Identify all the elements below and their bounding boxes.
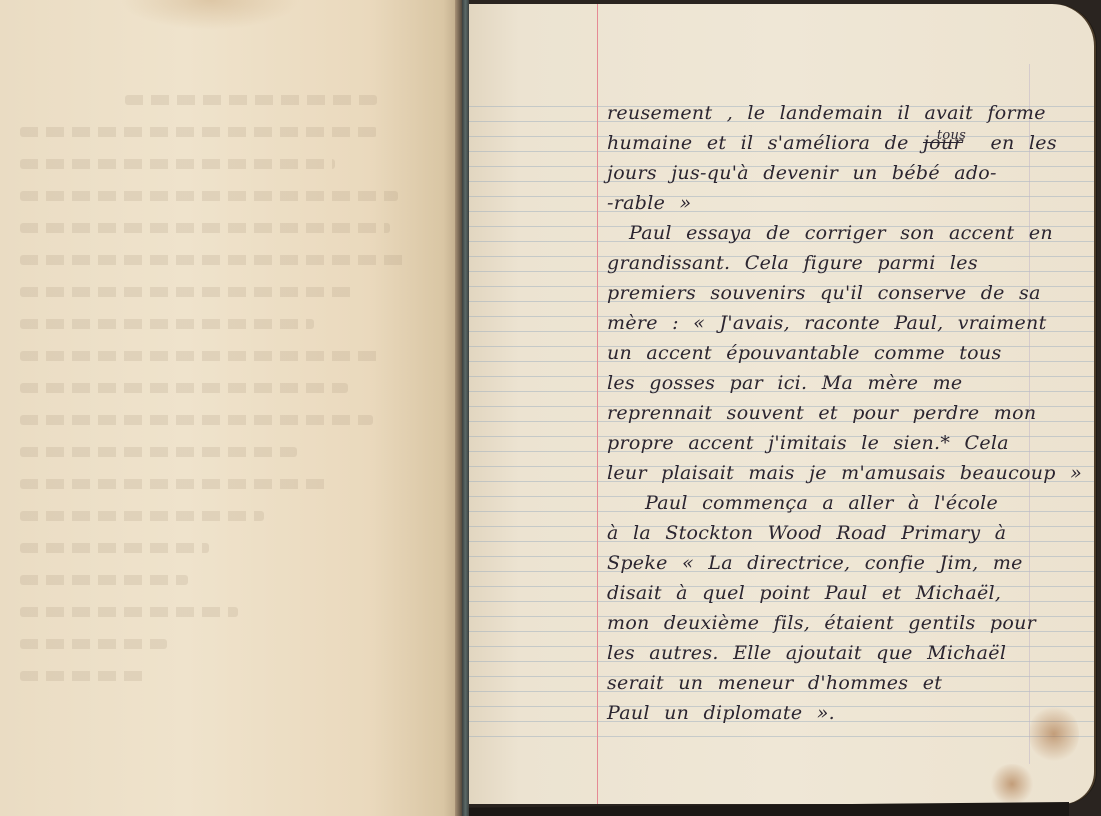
ghost-line	[20, 607, 238, 617]
ghost-line	[125, 95, 377, 105]
text-line: serait un meneur d'hommes et	[607, 669, 1087, 699]
correction-word: tous	[937, 128, 966, 143]
ghost-line	[20, 159, 335, 169]
left-page	[0, 0, 462, 816]
text-fragment: en les	[990, 132, 1056, 154]
ghost-line	[20, 351, 381, 361]
text-line: les gosses par ici. Ma mère me	[607, 369, 1087, 399]
ghost-line	[20, 127, 377, 137]
text-line: humaine et il s'améliora de jourtous en …	[607, 129, 1087, 159]
text-line: mère : « J'avais, raconte Paul, vraiment	[607, 309, 1087, 339]
ghost-line	[20, 543, 209, 553]
notebook-spine	[462, 0, 469, 816]
margin-line	[597, 4, 598, 804]
text-line: un accent épouvantable comme tous	[607, 339, 1087, 369]
ghost-line	[20, 287, 356, 297]
ghost-line	[20, 415, 373, 425]
notebook-spread: reusement , le landemain il avait forme …	[0, 0, 1101, 816]
text-line: -rable »	[607, 189, 1087, 219]
ghost-line	[20, 223, 390, 233]
text-line: reprennait souvent et pour perdre mon	[607, 399, 1087, 429]
ghost-line	[20, 639, 167, 649]
show-through-text	[20, 95, 440, 703]
handwritten-text: reusement , le landemain il avait forme …	[607, 99, 1087, 729]
ghost-line	[20, 383, 348, 393]
text-line: jours jus-qu'à devenir un bébé ado-	[607, 159, 1087, 189]
text-line: à la Stockton Wood Road Primary à	[607, 519, 1087, 549]
text-line: disait à quel point Paul et Michaël,	[607, 579, 1087, 609]
text-fragment: humaine et il s'améliora de	[607, 132, 909, 154]
page-bottom-shadow	[469, 802, 1069, 816]
text-line: leur plaisait mais je m'amusais beaucoup…	[607, 459, 1087, 489]
text-line: propre accent j'imitais le sien.* Cela	[607, 429, 1087, 459]
ghost-line	[20, 511, 264, 521]
ghost-line	[20, 319, 314, 329]
paper-stain	[120, 0, 300, 30]
ghost-line	[20, 575, 188, 585]
text-line: Paul essaya de corriger son accent en	[607, 219, 1087, 249]
text-line: Paul commença a aller à l'école	[607, 489, 1087, 519]
right-page: reusement , le landemain il avait forme …	[469, 4, 1094, 804]
ghost-line	[20, 479, 331, 489]
ghost-line	[20, 191, 398, 201]
ghost-line	[20, 447, 297, 457]
text-line: premiers souvenirs qu'il conserve de sa	[607, 279, 1087, 309]
text-line: Paul un diplomate ».	[607, 699, 1087, 729]
corner-stain	[989, 764, 1035, 804]
text-line: grandissant. Cela figure parmi les	[607, 249, 1087, 279]
ghost-line	[20, 671, 146, 681]
text-line: mon deuxième fils, étaient gentils pour	[607, 609, 1087, 639]
text-line: reusement , le landemain il avait forme	[607, 99, 1087, 129]
text-line: les autres. Elle ajoutait que Michaël	[607, 639, 1087, 669]
ghost-line	[20, 255, 406, 265]
text-line: Speke « La directrice, confie Jim, me	[607, 549, 1087, 579]
